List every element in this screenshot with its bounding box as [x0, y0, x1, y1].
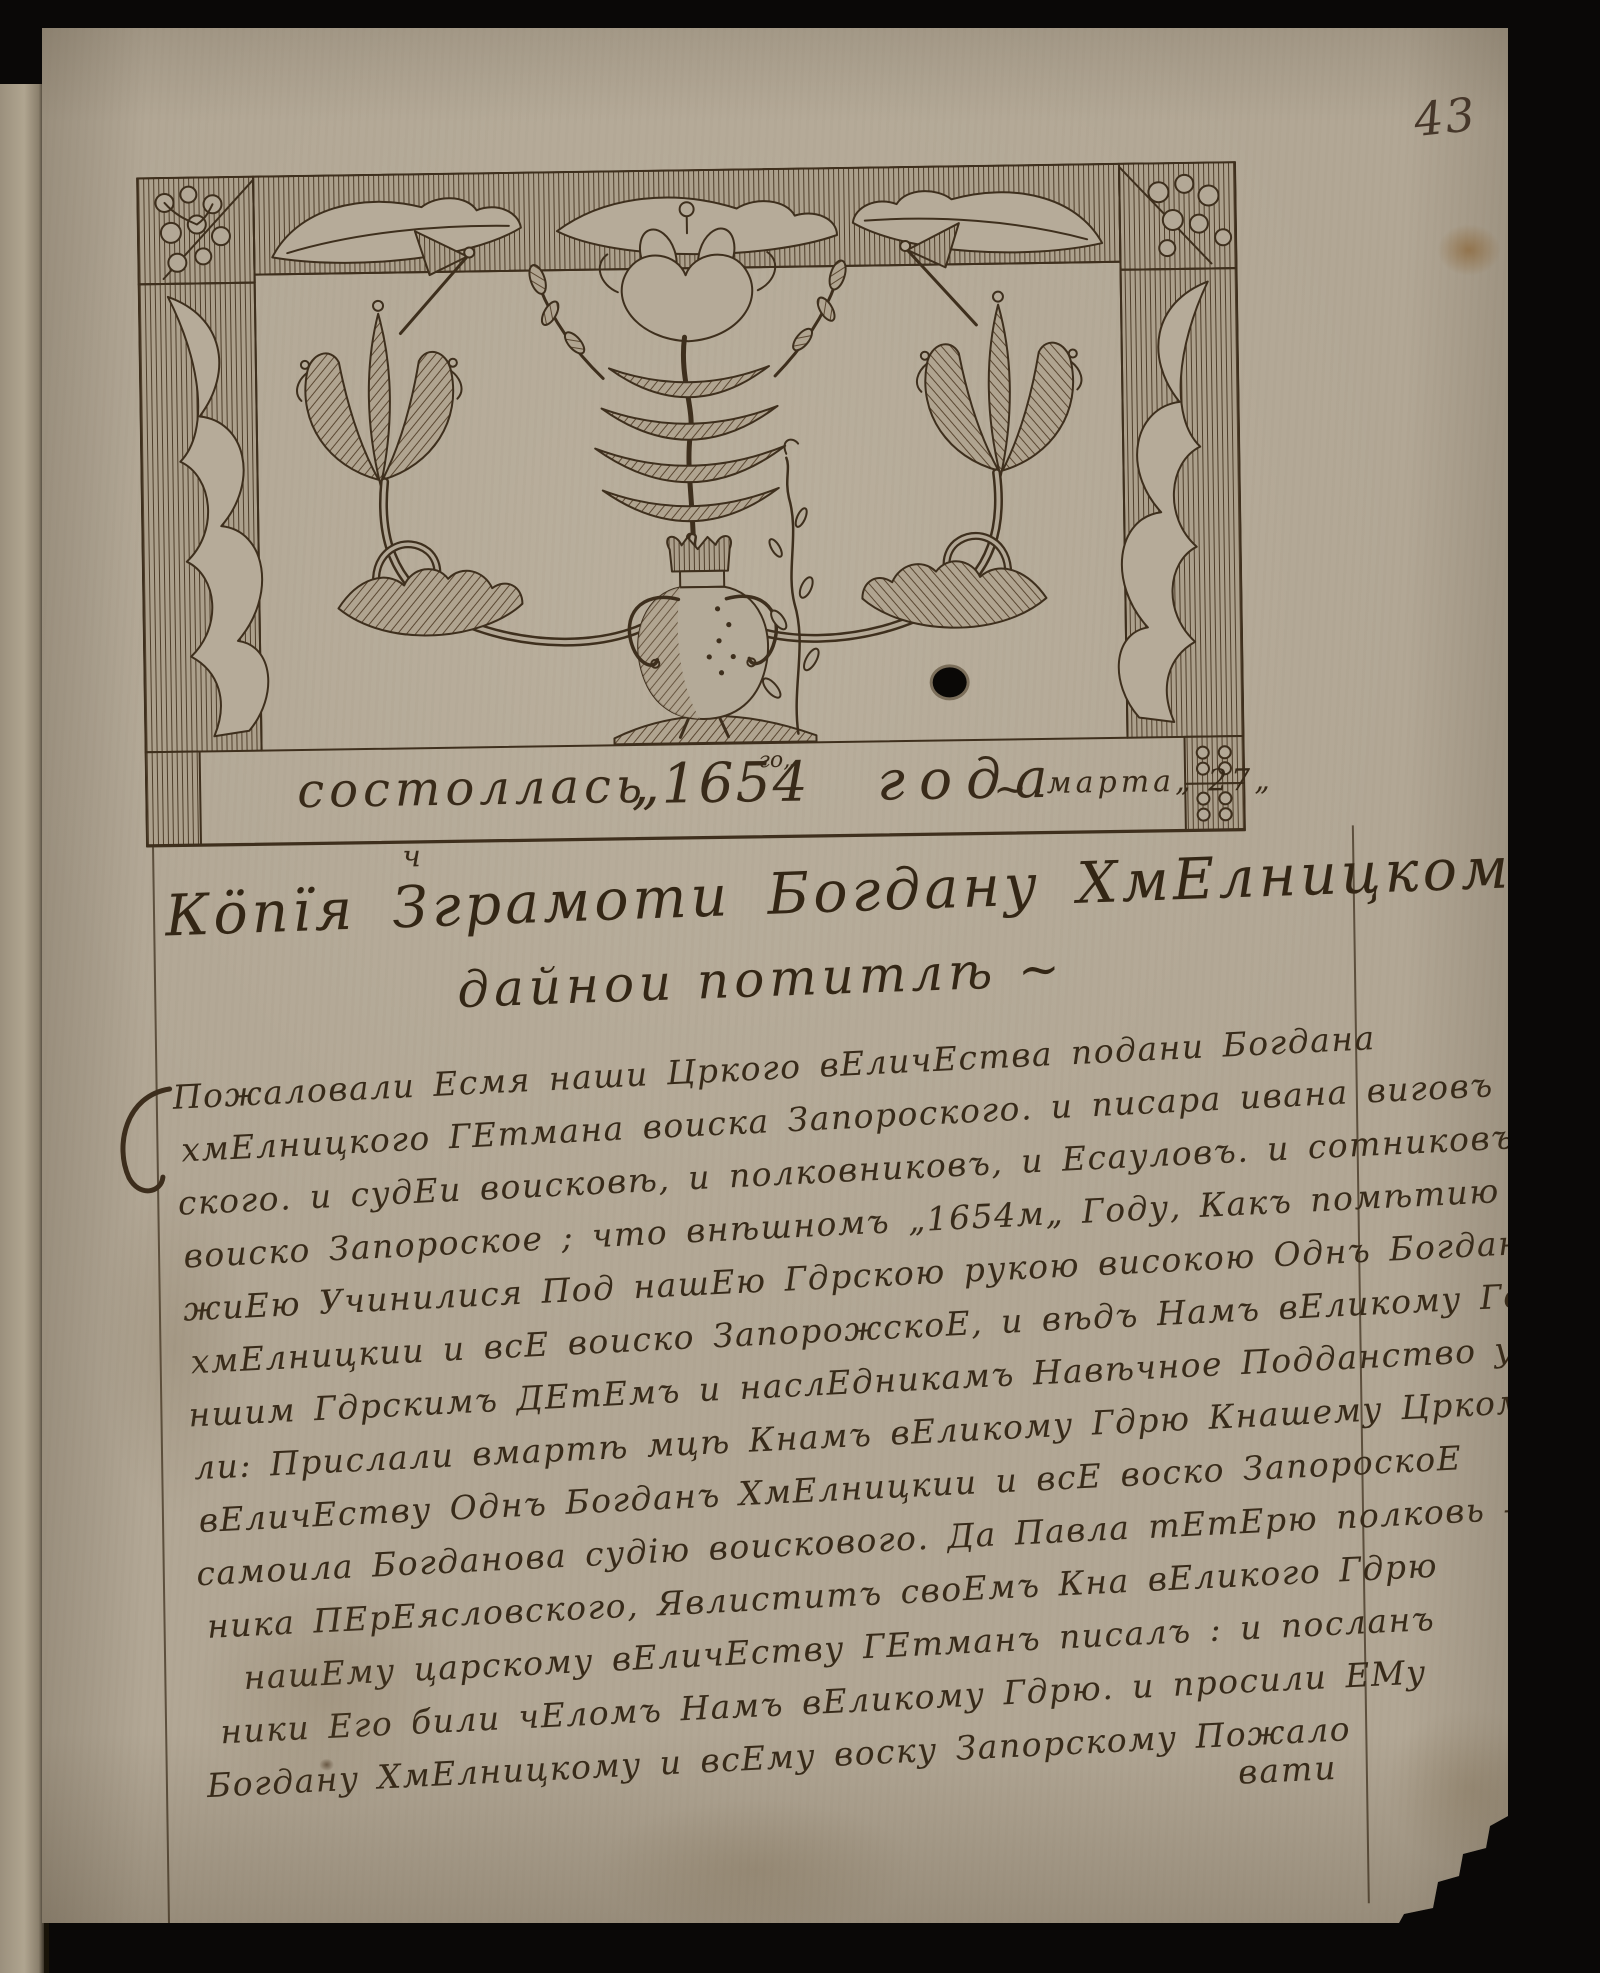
- serrated-leaf: [338, 568, 523, 637]
- paper-stain: [1383, 1707, 1555, 1870]
- title-line-1: Кöпїя Зграмоти Богдану ХмЕлницкому: [164, 841, 1356, 950]
- palmette-shell: [594, 336, 787, 555]
- leafy-branch: [773, 258, 850, 376]
- date-band: состоллась „1654 го„ года ~ .марта„ 27„: [145, 737, 1246, 845]
- folio-number: 43: [1411, 87, 1479, 147]
- date-flourish: ~: [993, 766, 1027, 812]
- manuscript-page: состоллась „1654 го„ года ~ .марта„ 27„ …: [42, 28, 1508, 1923]
- correction-mark: ч: [402, 839, 421, 874]
- paper-stain: [1437, 224, 1501, 276]
- amphora-vase-icon: [628, 535, 778, 738]
- page-content: состоллась „1654 го„ года ~ .марта„ 27„ …: [28, 17, 1522, 1934]
- title-line-2: дайнои потитлѣ ~: [165, 929, 1356, 1030]
- ink-hole: [929, 664, 970, 701]
- date-word-occurred: состоллась: [297, 758, 648, 819]
- plant-sprig: [757, 439, 823, 734]
- date-month-day: .марта„ 27„: [1033, 763, 1274, 802]
- manuscript-photo: состоллась „1654 го„ года ~ .марта„ 27„ …: [0, 0, 1600, 1973]
- underlying-page-edge: [0, 84, 49, 1973]
- date-year-superscript: го„: [759, 748, 795, 774]
